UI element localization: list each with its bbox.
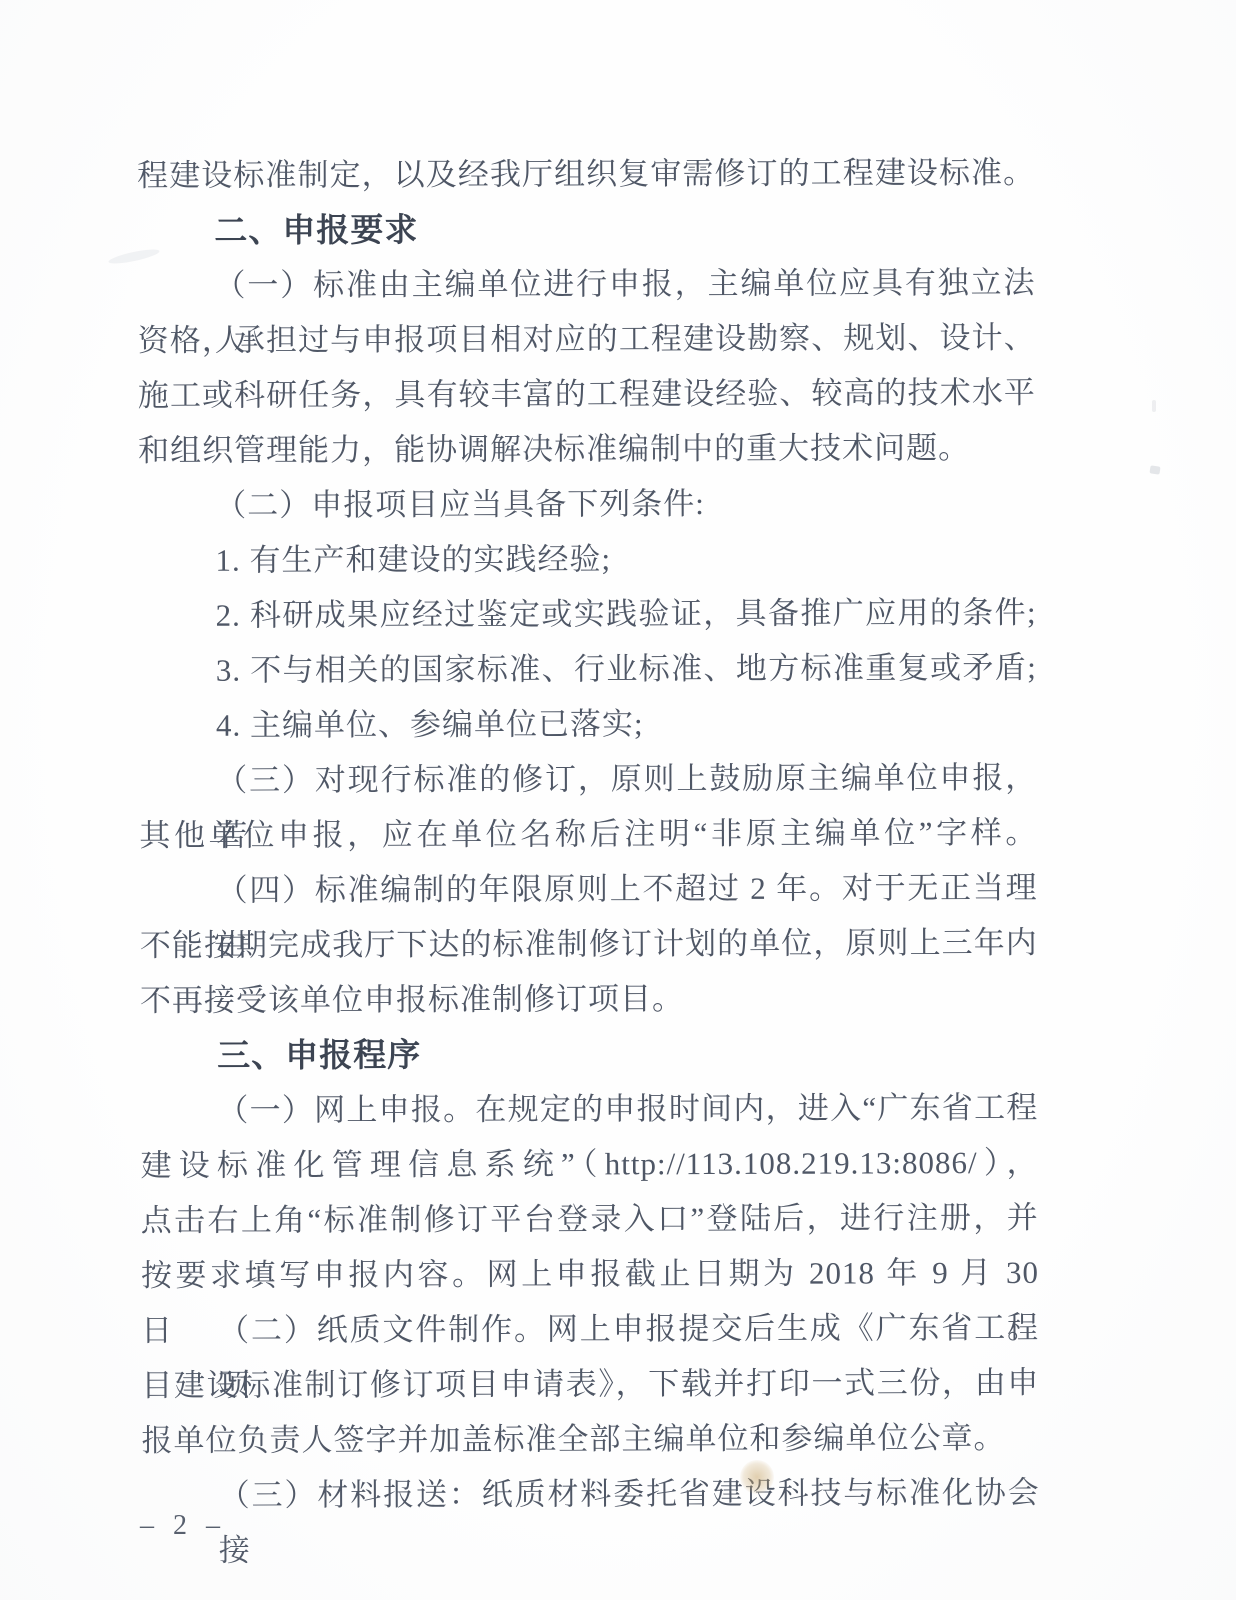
text-line: 和组织管理能力，能协调解决标准编制中的重大技术问题。: [138, 420, 1036, 478]
text-line: 程建设标准制定，以及经我厅组织复审需修订的工程建设标准。: [137, 145, 1035, 203]
section-heading: 二、申报要求: [137, 200, 1035, 258]
page-number: – 2 –: [140, 1506, 226, 1546]
text-line: （一）标准由主编单位进行申报，主编单位应具有独立法人: [137, 255, 1035, 313]
scan-speck: [1152, 400, 1156, 412]
scanned-document-page: 程建设标准制定，以及经我厅组织复审需修订的工程建设标准。二、申报要求（一）标准由…: [0, 0, 1236, 1600]
text-line: 施工或科研任务，具有较丰富的工程建设经验、较高的技术水平: [138, 365, 1036, 423]
text-line: 点击右上角“标准制修订平台登录入口”登陆后，进行注册，并: [141, 1190, 1039, 1248]
document-text-block: 程建设标准制定，以及经我厅组织复审需修订的工程建设标准。二、申报要求（一）标准由…: [137, 145, 1040, 1523]
text-line: （三）材料报送：纸质材料委托省建设科技与标准化协会接: [142, 1465, 1040, 1523]
text-line: 建设标准化管理信息系统”（http://113.108.219.13:8086/…: [140, 1135, 1038, 1193]
text-line: （二）申报项目应当具备下列条件:: [138, 475, 1036, 533]
section-heading: 三、申报程序: [140, 1025, 1038, 1083]
text-line: 其他单位申报，应在单位名称后注明“非原主编单位”字样。: [139, 805, 1037, 863]
text-line: （一）网上申报。在规定的申报时间内，进入“广东省工程: [140, 1080, 1038, 1138]
text-line: 4. 主编单位、参编单位已落实;: [139, 695, 1037, 753]
text-line: 不能按期完成我厅下达的标准制修订计划的单位，原则上三年内: [140, 915, 1038, 973]
scan-speck: [1149, 465, 1160, 474]
text-line: 2. 科研成果应经过鉴定或实践验证，具备推广应用的条件;: [139, 585, 1037, 643]
text-line: 目建设标准制订修订项目申请表》，下载并打印一式三份，由申: [141, 1355, 1039, 1413]
text-line: 按要求填写申报内容。网上申报截止日期为 2018 年 9 月 30 日。: [141, 1245, 1039, 1303]
text-line: 资格，承担过与申报项目相对应的工程建设勘察、规划、设计、: [138, 310, 1036, 368]
text-line: （四）标准编制的年限原则上不超过 2 年。对于无正当理由: [139, 860, 1037, 918]
text-line: 报单位负责人签字并加盖标准全部主编单位和参编单位公章。: [141, 1410, 1039, 1468]
text-line: （三）对现行标准的修订，原则上鼓励原主编单位申报，若: [139, 750, 1037, 808]
text-line: 3. 不与相关的国家标准、行业标准、地方标准重复或矛盾;: [139, 640, 1037, 698]
text-line: 1. 有生产和建设的实践经验;: [138, 530, 1036, 588]
text-line: 不再接受该单位申报标准制修订项目。: [140, 970, 1038, 1028]
text-line: （二）纸质文件制作。网上申报提交后生成《广东省工程项: [141, 1300, 1039, 1358]
